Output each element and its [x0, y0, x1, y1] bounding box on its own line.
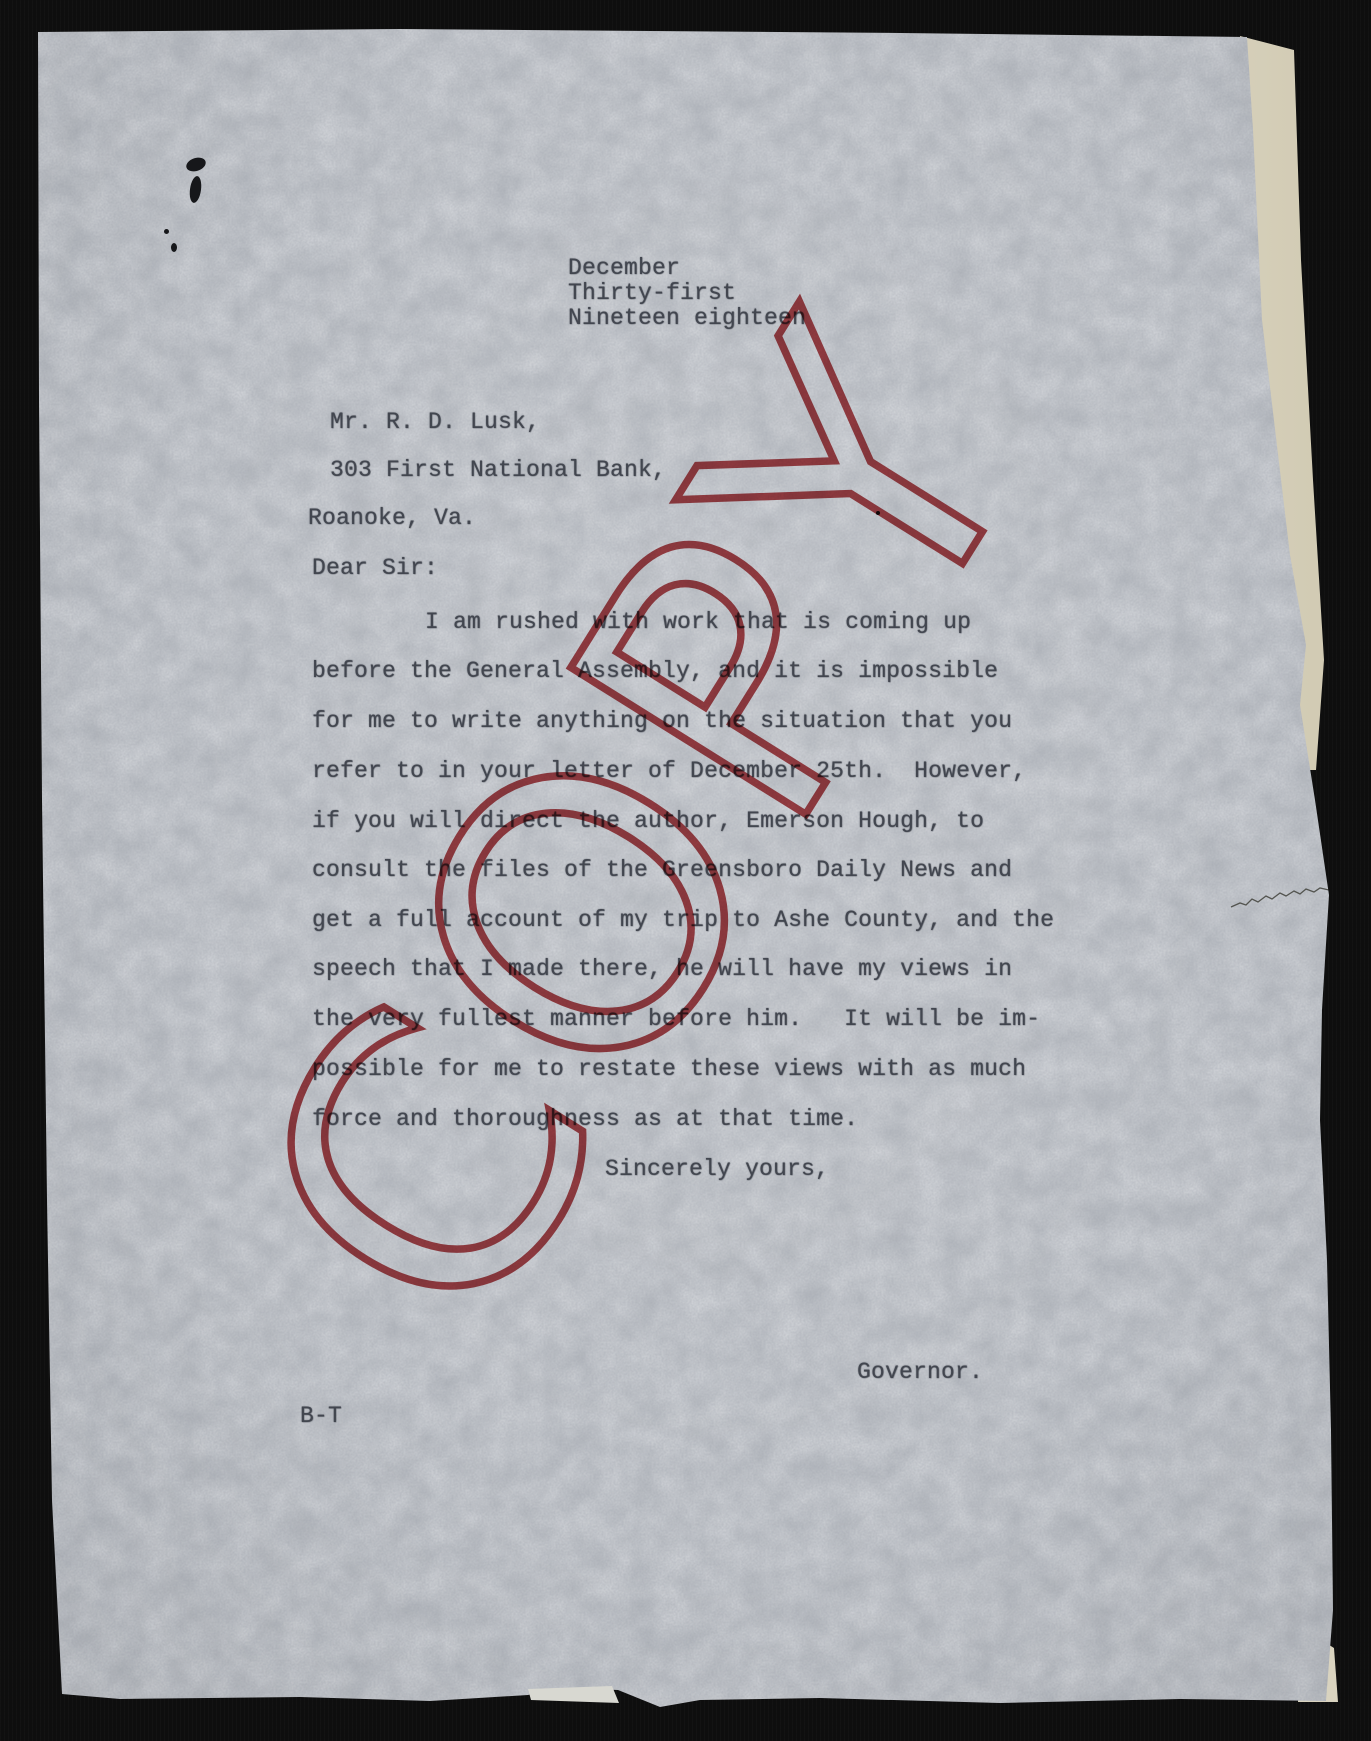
recipient-address: 303 First National Bank, — [330, 458, 666, 483]
closing-line: Sincerely yours, — [605, 1157, 829, 1182]
body-line: refer to in your letter of December 25th… — [312, 759, 1026, 784]
recipient-name: Mr. R. D. Lusk, — [330, 410, 540, 435]
body-line: before the General Assembly, and it is i… — [312, 659, 998, 684]
salutation: Dear Sir: — [312, 556, 438, 581]
date-line-day: Thirty-first — [568, 281, 736, 306]
date-line-month: December — [568, 256, 680, 281]
body-line: get a full account of my trip to Ashe Co… — [312, 908, 1054, 933]
signature-title: Governor. — [857, 1360, 983, 1385]
recipient-city: Roanoke, Va. — [308, 506, 476, 531]
date-line-year: Nineteen eighteen — [568, 306, 806, 331]
paper-hole-speck — [164, 229, 169, 234]
body-line: the very fullest manner before him. It w… — [312, 1007, 1040, 1032]
body-line: possible for me to restate these views w… — [312, 1057, 1026, 1082]
body-line: consult the files of the Greensboro Dail… — [312, 858, 1012, 883]
typist-initials: B-T — [300, 1404, 342, 1429]
paper-dot-speck — [876, 511, 880, 515]
letter-page: December Thirty-first Nineteen eighteen … — [0, 0, 1371, 1741]
body-line: if you will direct the author, Emerson H… — [312, 809, 984, 834]
paper-hole-speck — [171, 243, 177, 252]
body-line: speech that I made there, he will have m… — [312, 957, 1012, 982]
body-line: for me to write anything on the situatio… — [312, 709, 1012, 734]
body-line: I am rushed with work that is coming up — [425, 610, 971, 635]
body-line: force and thoroughness as at that time. — [312, 1107, 858, 1132]
scanned-document-scene: December Thirty-first Nineteen eighteen … — [0, 0, 1371, 1741]
